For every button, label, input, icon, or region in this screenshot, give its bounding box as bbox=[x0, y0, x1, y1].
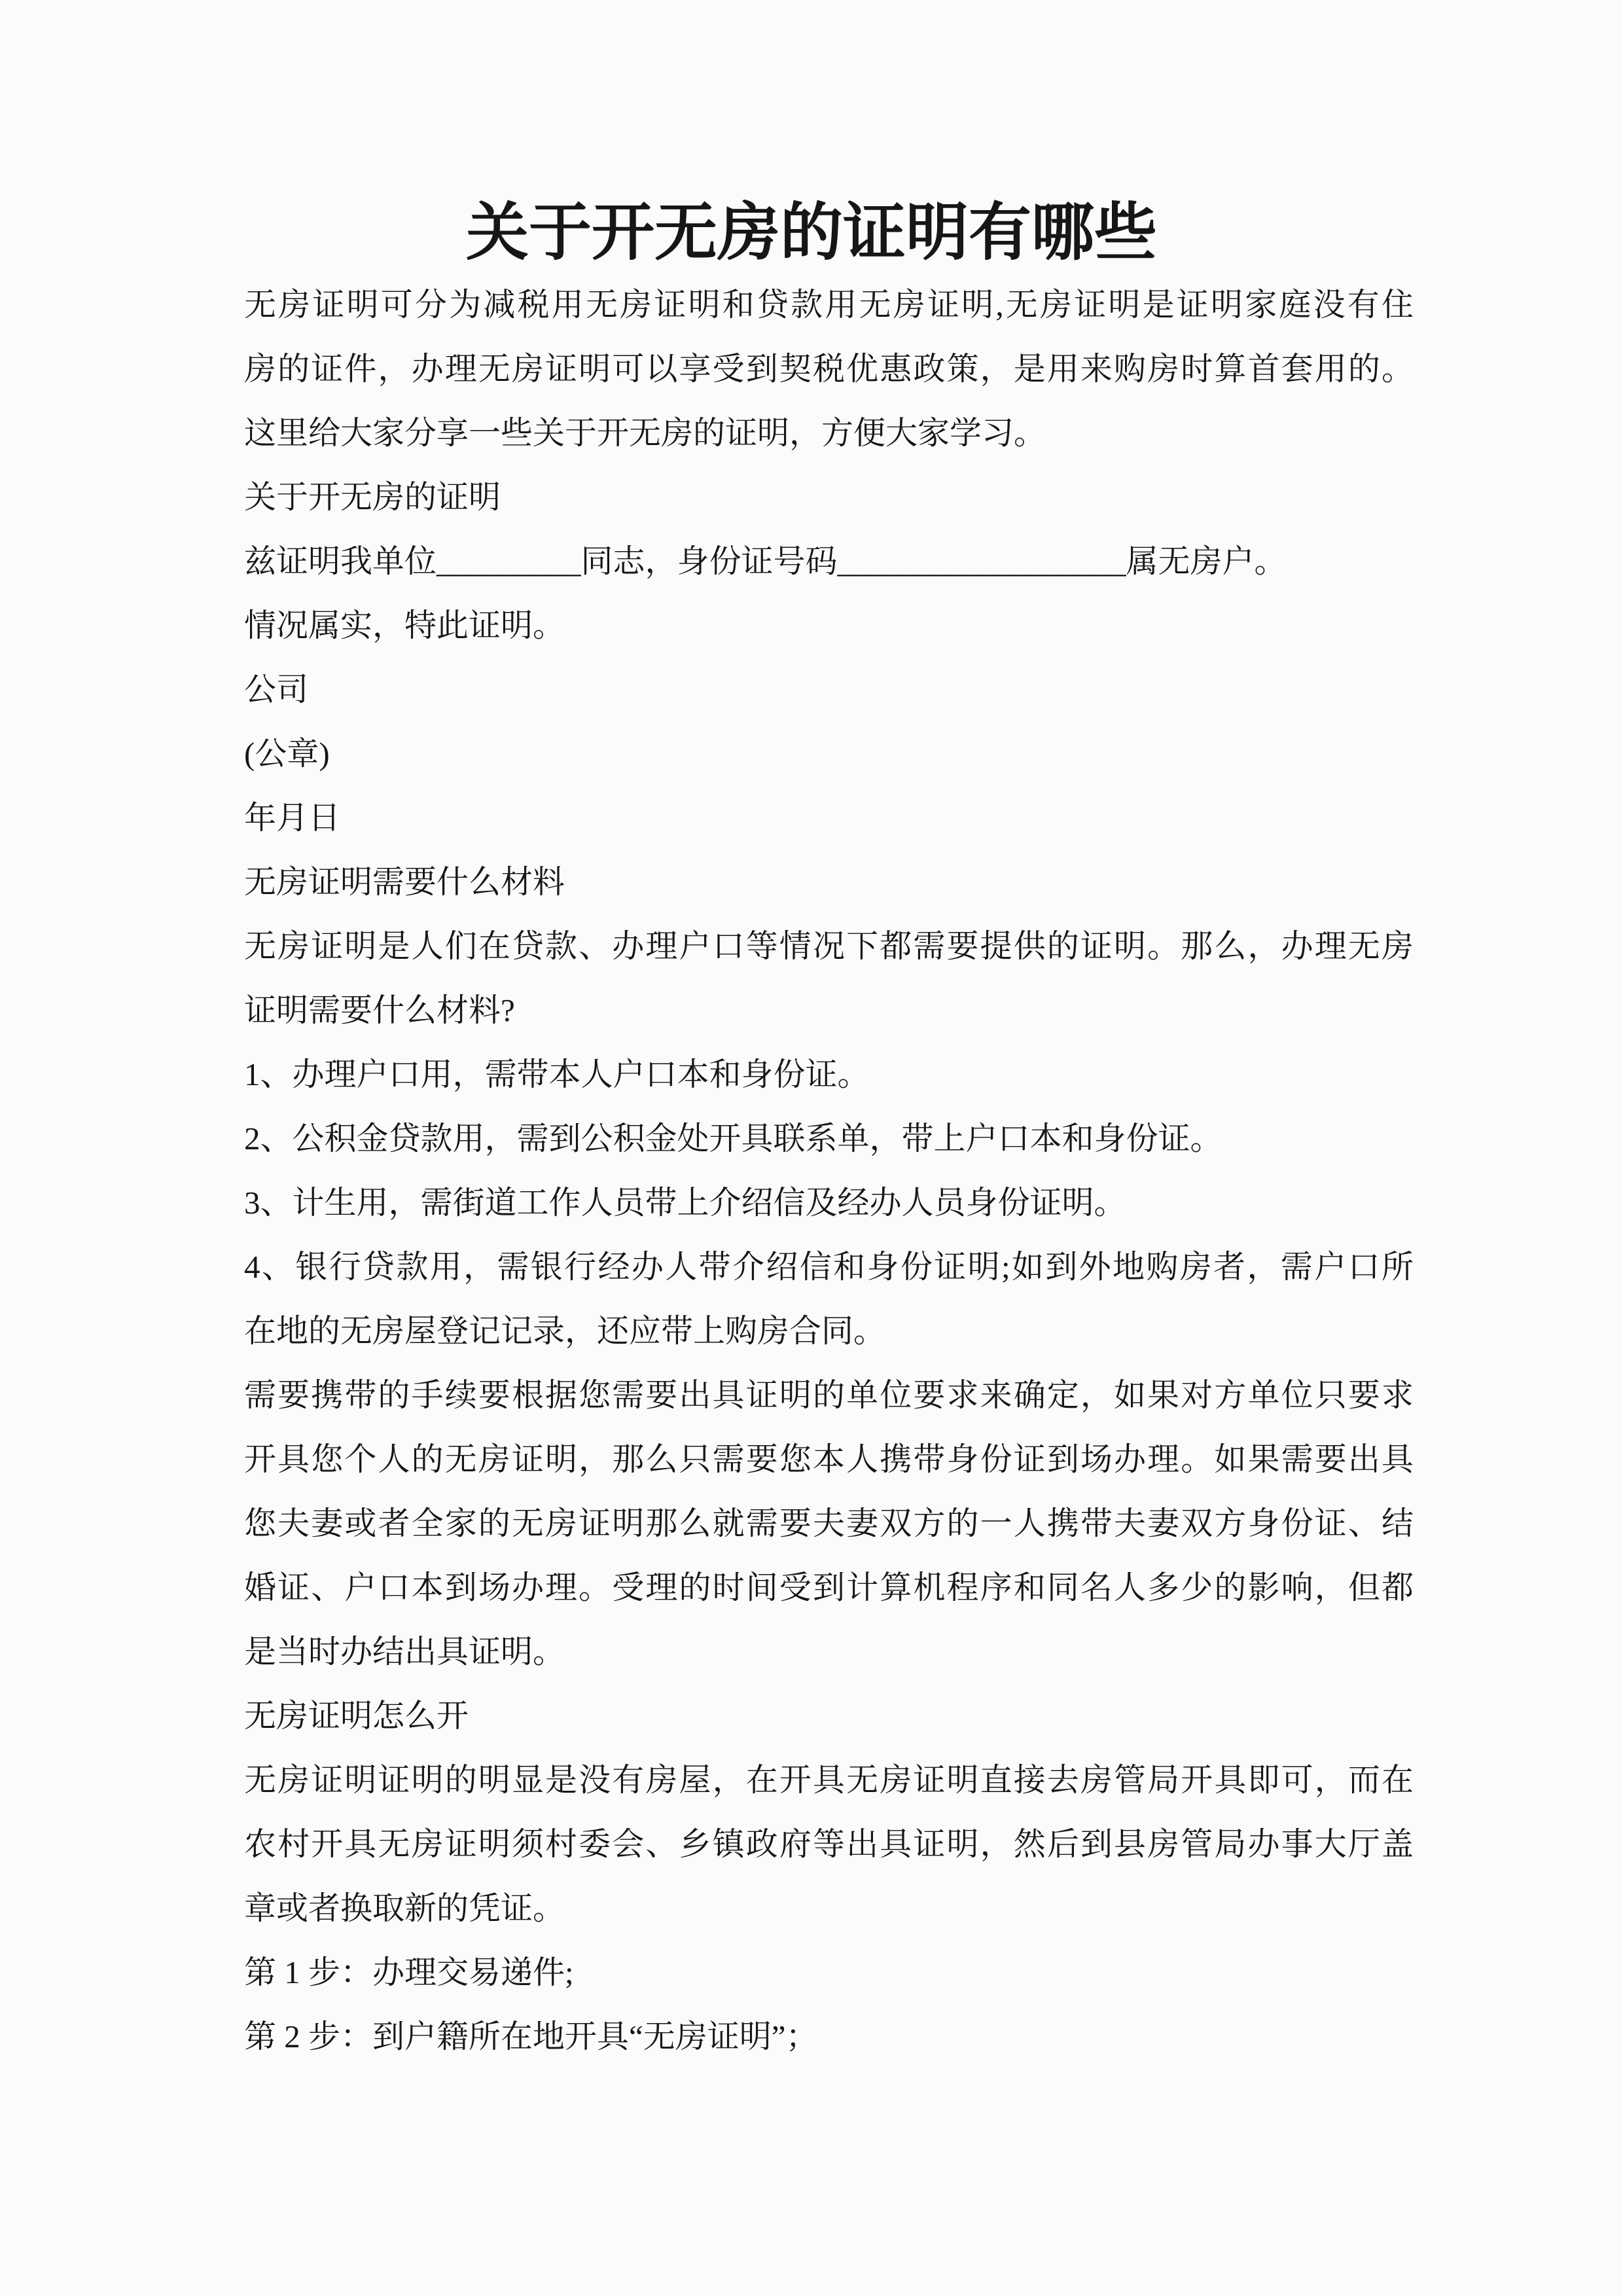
document-line: 这里给大家分享一些关于开无房的证明，方便大家学习。 bbox=[244, 401, 1414, 465]
document-line: 农村开具无房证明须村委会、乡镇政府等出具证明，然后到县房管局办事大厅盖 bbox=[244, 1812, 1414, 1876]
document-line: 无房证明是人们在贷款、办理户口等情况下都需要提供的证明。那么，办理无房 bbox=[244, 914, 1414, 978]
document-line: 是当时办结出具证明。 bbox=[244, 1620, 1414, 1684]
document-line: 婚证、户口本到场办理。受理的时间受到计算机程序和同名人多少的影响，但都 bbox=[244, 1556, 1414, 1620]
document-page: 关于开无房的证明有哪些 无房证明可分为减税用无房证明和贷款用无房证明,无房证明是… bbox=[0, 0, 1623, 2296]
document-line: 无房证明需要什么材料 bbox=[244, 850, 1414, 914]
document-line: 无房证明可分为减税用无房证明和贷款用无房证明,无房证明是证明家庭没有住 bbox=[244, 273, 1414, 337]
document-line: 1、办理户口用，需带本人户口本和身份证。 bbox=[244, 1043, 1414, 1107]
document-line: 2、公积金贷款用，需到公积金处开具联系单，带上户口本和身份证。 bbox=[244, 1107, 1414, 1171]
document-line: 第 2 步：到户籍所在地开具“无房证明”； bbox=[244, 2005, 1414, 2069]
document-line: 第 1 步：办理交易递件; bbox=[244, 1941, 1414, 2005]
document-line: 情况属实，特此证明。 bbox=[244, 594, 1414, 658]
document-title: 关于开无房的证明有哪些 bbox=[0, 194, 1623, 272]
document-line: 4、银行贷款用，需银行经办人带介绍信和身份证明;如到外地购房者，需户口所 bbox=[244, 1235, 1414, 1299]
document-line: 年月日 bbox=[244, 786, 1414, 850]
document-line: 您夫妻或者全家的无房证明那么就需要夫妻双方的一人携带夫妻双方身份证、结 bbox=[244, 1492, 1414, 1556]
document-line: 公司 bbox=[244, 658, 1414, 722]
document-line: 证明需要什么材料? bbox=[244, 978, 1414, 1043]
document-line: 需要携带的手续要根据您需要出具证明的单位要求来确定，如果对方单位只要求 bbox=[244, 1363, 1414, 1427]
document-line: 章或者换取新的凭证。 bbox=[244, 1876, 1414, 1941]
document-line: 兹证明我单位_________同志，身份证号码_________________… bbox=[244, 529, 1414, 594]
document-line: 房的证件，办理无房证明可以享受到契税优惠政策，是用来购房时算首套用的。 bbox=[244, 337, 1414, 401]
document-line: 3、计生用，需街道工作人员带上介绍信及经办人员身份证明。 bbox=[244, 1171, 1414, 1235]
document-line: 无房证明怎么开 bbox=[244, 1684, 1414, 1748]
document-line: 在地的无房屋登记记录，还应带上购房合同。 bbox=[244, 1299, 1414, 1363]
document-line: 无房证明证明的明显是没有房屋，在开具无房证明直接去房管局开具即可，而在 bbox=[244, 1748, 1414, 1812]
document-line: (公章) bbox=[244, 722, 1414, 786]
document-body: 无房证明可分为减税用无房证明和贷款用无房证明,无房证明是证明家庭没有住房的证件，… bbox=[244, 273, 1414, 2069]
document-line: 开具您个人的无房证明，那么只需要您本人携带身份证到场办理。如果需要出具 bbox=[244, 1427, 1414, 1492]
document-line: 关于开无房的证明 bbox=[244, 465, 1414, 529]
